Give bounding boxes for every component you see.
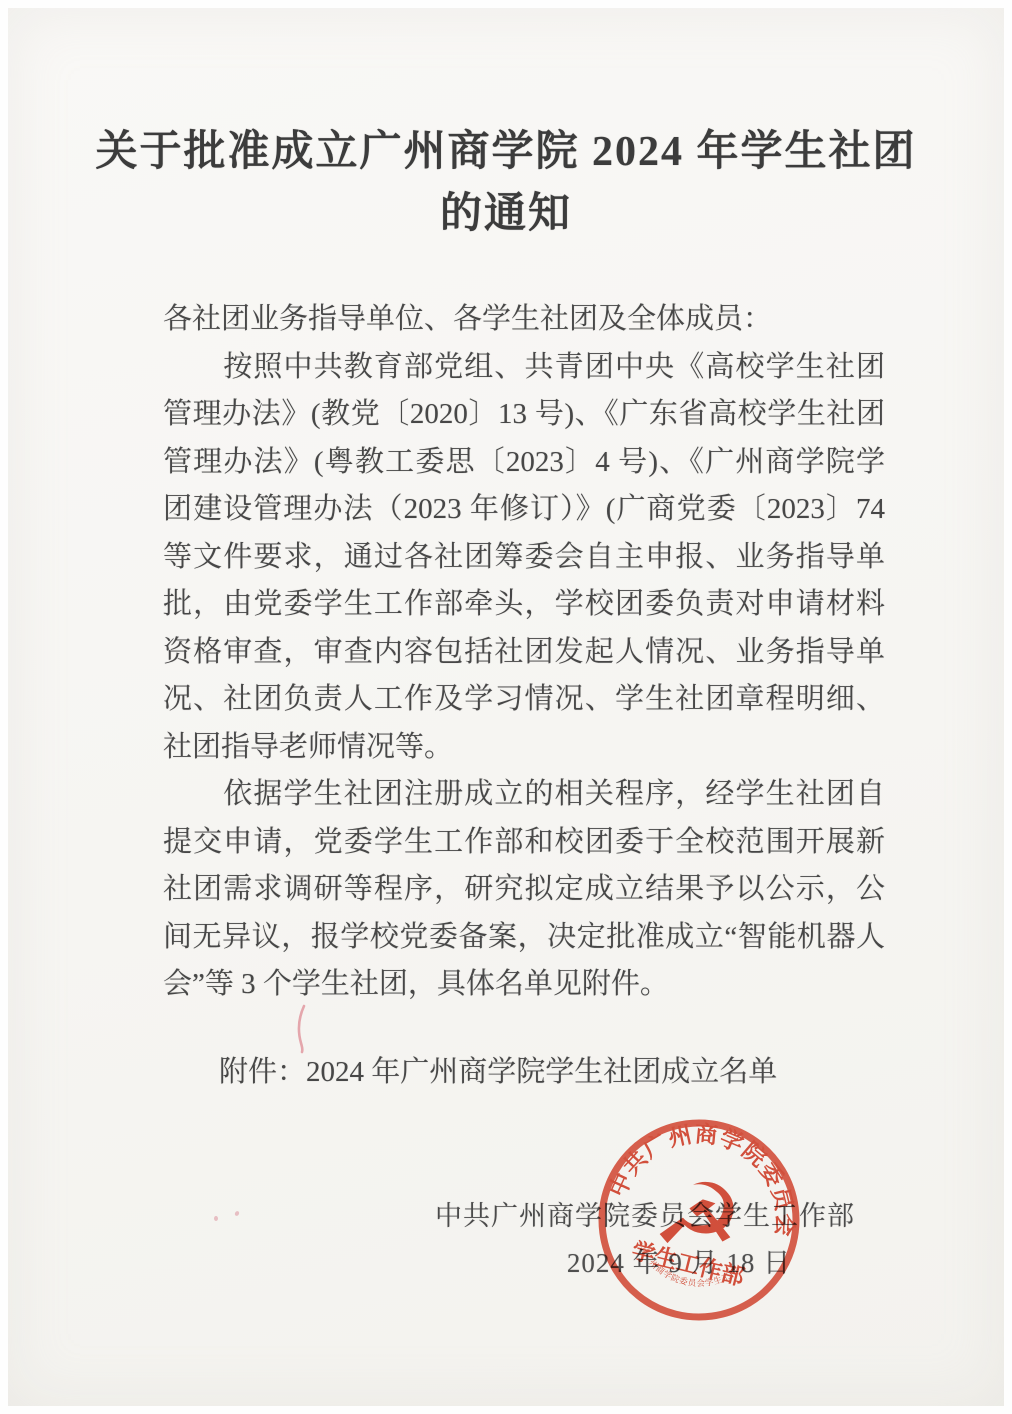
scanned-notice-page: 关于批准成立广州商学院 2024 年学生社团 的通知 各社团业务指导单位、各学生… bbox=[0, 0, 1012, 1414]
title-line-2: 的通知 bbox=[8, 183, 1004, 245]
body-line: 管理办法》(粤教工委思〔2023〕4 号)、《广州商学院学生社 bbox=[163, 439, 885, 487]
salutation-line: 各社团业务指导单位、各学生社团及全体成员： bbox=[163, 296, 885, 344]
body-line: 按照中共教育部党组、共青团中央《高校学生社团建设 bbox=[163, 344, 885, 392]
body-line: 况、社团负责人工作及学习情况、学生社团章程明细、学生 bbox=[163, 676, 885, 724]
body-line: 团建设管理办法（2023 年修订）》(广商党委〔2023〕74 号) bbox=[163, 486, 885, 534]
ink-speck bbox=[214, 1216, 218, 1221]
body-line: 社团指导老师情况等。 bbox=[163, 724, 885, 772]
official-seal: 中共广州商学院委员会 ☭ 学生工作部 中共广州商学院委员会学生工作部 bbox=[566, 1087, 833, 1354]
body-line: 社团需求调研等程序，研究拟定成立结果予以公示，公示期 bbox=[163, 866, 885, 914]
body-line: 依据学生社团注册成立的相关程序，经学生社团自主 bbox=[163, 771, 885, 819]
red-pen-mark bbox=[288, 1003, 318, 1055]
document-title: 关于批准成立广州商学院 2024 年学生社团 的通知 bbox=[8, 121, 1004, 245]
ink-speck bbox=[234, 1210, 240, 1216]
title-line-1: 关于批准成立广州商学院 2024 年学生社团 bbox=[8, 121, 1004, 183]
body-line: 资格审查，审查内容包括社团发起人情况、业务指导单位情 bbox=[163, 629, 885, 677]
official-seal-graphic: 中共广州商学院委员会 ☭ 学生工作部 中共广州商学院委员会学生工作部 bbox=[566, 1087, 833, 1354]
body-line: 提交申请，党委学生工作部和校团委于全校范围开展新学生 bbox=[163, 819, 885, 867]
body-line: 等文件要求，通过各社团筹委会自主申报、业务指导单位审 bbox=[163, 534, 885, 582]
body-line: 批，由党委学生工作部牵头，学校团委负责对申请材料进行 bbox=[163, 581, 885, 629]
body-line: 会”等 3 个学生社团，具体名单见附件。 bbox=[163, 961, 885, 1009]
body-line: 间无异议，报学校党委备案，决定批准成立“智能机器人协 bbox=[163, 914, 885, 962]
document-body: 各社团业务指导单位、各学生社团及全体成员： 按照中共教育部党组、共青团中央《高校… bbox=[163, 296, 885, 1009]
body-line: 管理办法》(教党〔2020〕13 号)、《广东省高校学生社团建设 bbox=[163, 391, 885, 439]
attachment-line: 附件：2024 年广州商学院学生社团成立名单 bbox=[163, 1049, 979, 1097]
